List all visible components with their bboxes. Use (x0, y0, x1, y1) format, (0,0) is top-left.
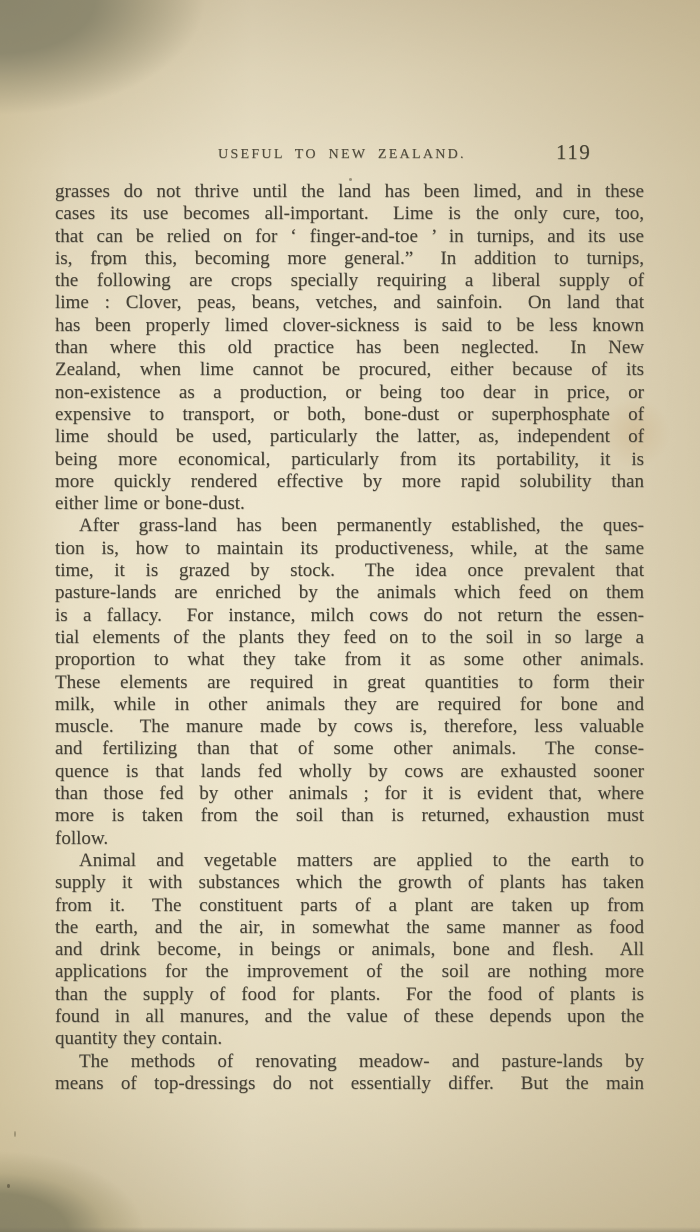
text-line: means of top-dressings do not essentiall… (55, 1073, 644, 1095)
text-line: than the supply of food for plants. For … (55, 984, 644, 1006)
text-line: and drink become, in beings or animals, … (55, 939, 644, 961)
paragraph: After grass-land has been permanently es… (55, 515, 644, 849)
text-line: from it. The constituent parts of a plan… (55, 895, 644, 917)
text-line: the following are crops specially requir… (55, 270, 644, 292)
text-line: than where this old practice has been ne… (55, 337, 644, 359)
running-title: USEFUL TO NEW ZEALAND. (218, 147, 466, 163)
text-line: cases its use becomes all-important. Lim… (55, 203, 644, 225)
text-line: that can be relied on for ‘ finger-and-t… (55, 226, 644, 248)
scan-shadow-bottom-left (0, 1102, 220, 1232)
text-line: found in all manures, and the value of t… (55, 1006, 644, 1028)
text-line: milk, while in other animals they are re… (55, 694, 644, 716)
text-line: After grass-land has been permanently es… (55, 515, 644, 537)
paragraph: The methods of renovating meadow- and pa… (55, 1051, 644, 1096)
paper-speck (7, 1184, 10, 1188)
text-line: pasture-lands are enriched by the animal… (55, 582, 644, 604)
text-line: tial elements of the plants they feed on… (55, 627, 644, 649)
text-line: quence is that lands fed wholly by cows … (55, 761, 644, 783)
text-line: Zealand, when lime cannot be procured, e… (55, 359, 644, 381)
page-number: 119 (556, 140, 591, 165)
text-line: than those fed by other animals ; for it… (55, 783, 644, 805)
body-text: grasses do not thrive until the land has… (55, 181, 644, 1095)
text-line: The methods of renovating meadow- and pa… (55, 1051, 644, 1073)
paragraph: Animal and vegetable matters are applied… (55, 850, 644, 1051)
text-line: is, from this, becoming more general.” I… (55, 248, 644, 270)
text-line: non-existence as a production, or being … (55, 382, 644, 404)
text-line: the earth, and the air, in somewhat the … (55, 917, 644, 939)
text-line: is a fallacy. For instance, milch cows d… (55, 605, 644, 627)
text-line: tion is, how to maintain its productiven… (55, 538, 644, 560)
paper-speck (14, 1131, 16, 1137)
text-line: These elements are required in great qua… (55, 672, 644, 694)
text-line: applications for the improvement of the … (55, 961, 644, 983)
book-page-scan: USEFUL TO NEW ZEALAND. 119 grasses do no… (0, 0, 700, 1232)
text-line: time, it is grazed by stock. The idea on… (55, 560, 644, 582)
text-line: grasses do not thrive until the land has… (55, 181, 644, 203)
text-line: muscle. The manure made by cows is, ther… (55, 716, 644, 738)
text-line: lime should be used, particularly the la… (55, 426, 644, 448)
text-line: Animal and vegetable matters are applied… (55, 850, 644, 872)
running-header: USEFUL TO NEW ZEALAND. 119 (0, 144, 700, 170)
text-line: lime : Clover, peas, beans, vetches, and… (55, 292, 644, 314)
text-line: quantity they contain. (55, 1028, 644, 1050)
text-line: and fertilizing than that of some other … (55, 738, 644, 760)
scan-shadow-top-left (0, 0, 320, 210)
text-line: has been properly limed clover-sickness … (55, 315, 644, 337)
text-line: more quickly rendered effective by more … (55, 471, 644, 493)
text-line: expensive to transport, or both, bone-du… (55, 404, 644, 426)
text-line: proportion to what they take from it as … (55, 649, 644, 671)
scan-edge-bottom (0, 1227, 700, 1232)
text-line: supply it with substances which the grow… (55, 872, 644, 894)
text-line: either lime or bone-dust. (55, 493, 644, 515)
text-line: being more economical, particularly from… (55, 449, 644, 471)
paragraph: grasses do not thrive until the land has… (55, 181, 644, 515)
text-line: follow. (55, 828, 644, 850)
text-line: more is taken from the soil than is retu… (55, 805, 644, 827)
